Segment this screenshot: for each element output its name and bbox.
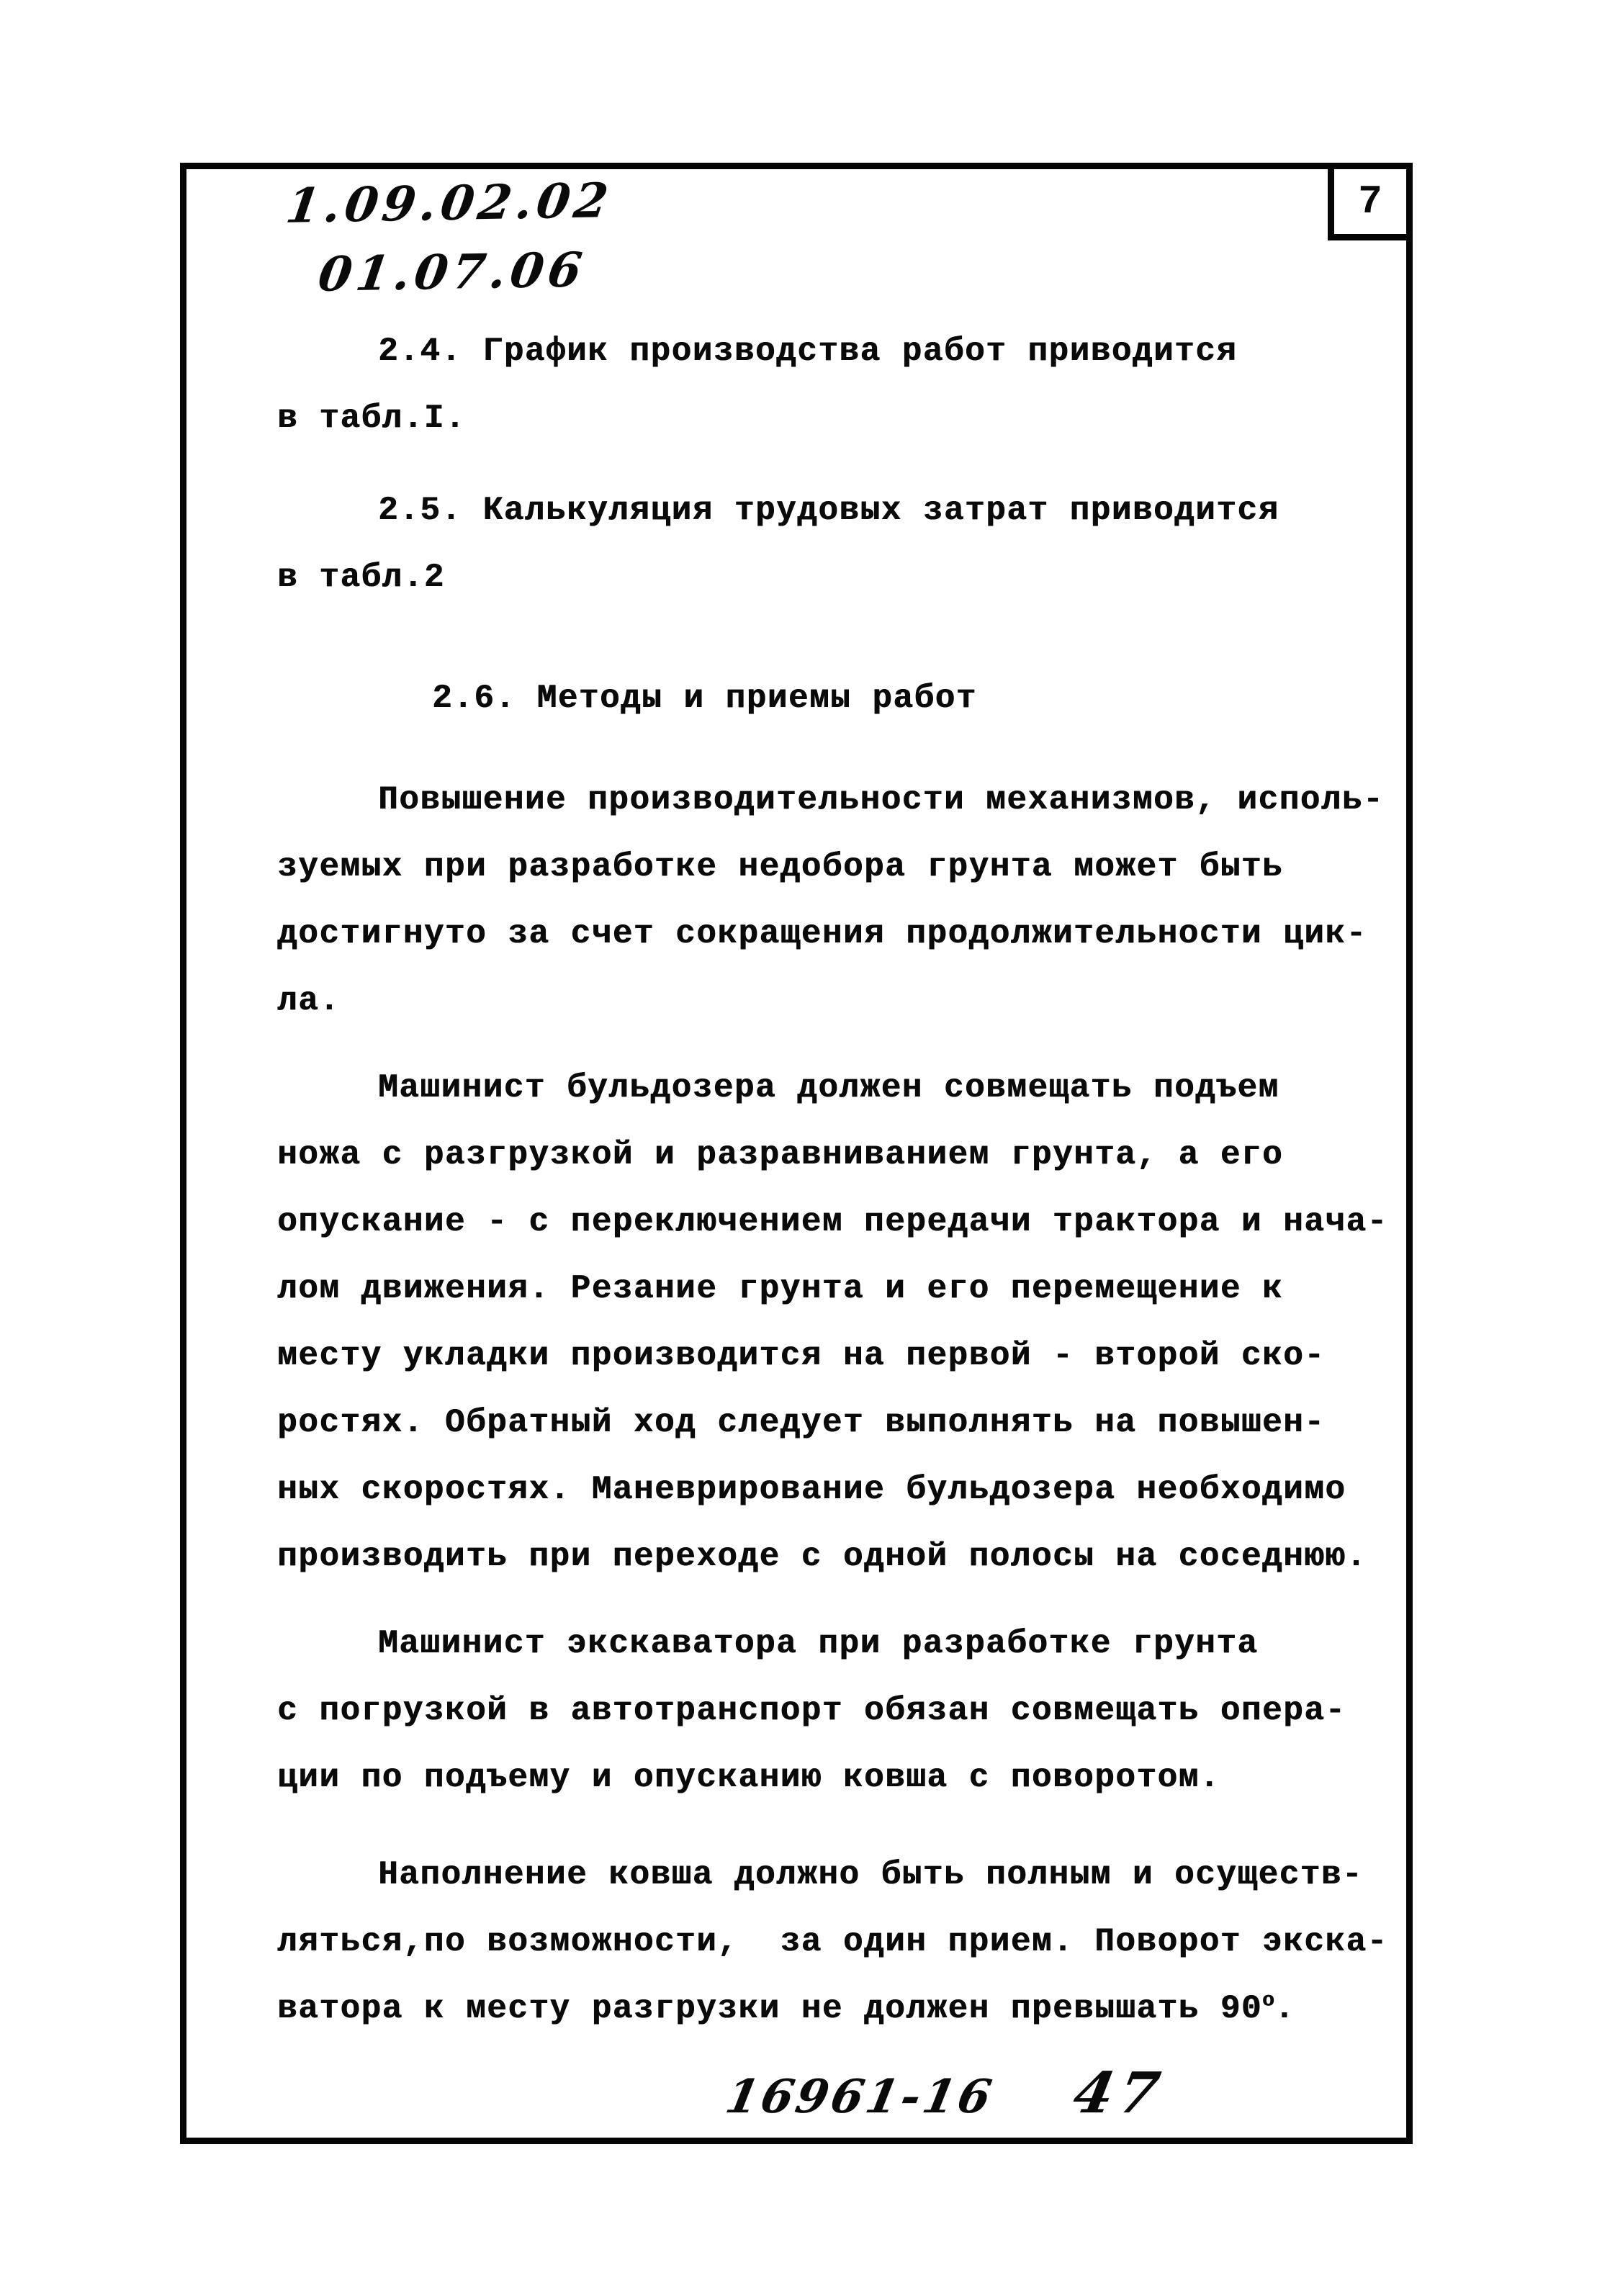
text-line: с погрузкой в автотранспорт обязан совме… xyxy=(277,1678,1429,1744)
footer-code: 16961-16 xyxy=(721,2070,999,2124)
text-line: 2.5. Калькуляция трудовых затрат приводи… xyxy=(277,477,1429,544)
section-heading: 2.6. Методы и приемы работ xyxy=(277,665,1429,732)
text-line: ростях. Обратный ход следует выполнять н… xyxy=(277,1390,1429,1457)
header-code-line-1: 1.09.02.02 xyxy=(282,166,616,240)
text-line: опускание - с переключением передачи тра… xyxy=(277,1189,1429,1256)
header-code-line-2: 01.07.06 xyxy=(272,235,607,310)
text-line: ных скоростях. Маневрирование бульдозера… xyxy=(277,1457,1429,1523)
text-line: Машинист бульдозера должен совмещать под… xyxy=(277,1055,1429,1122)
footer-page-count: 47 xyxy=(1068,2061,1170,2126)
handwritten-footer: 16961-16 47 xyxy=(721,2061,1171,2126)
text-line: Повышение производительности механизмов,… xyxy=(277,767,1429,834)
page-number: 7 xyxy=(1358,179,1382,225)
text-line: ножа с разгрузкой и разравниванием грунт… xyxy=(277,1122,1429,1189)
text-line: ватора к месту разгрузки не должен превы… xyxy=(277,1976,1429,2043)
text-line: Машинист экскаватора при разработке грун… xyxy=(277,1611,1429,1678)
text-line: ции по подъему и опусканию ковша с повор… xyxy=(277,1744,1429,1811)
text-line: в табл.2 xyxy=(277,544,1429,611)
text-line: достигнуто за счет сокращения продолжите… xyxy=(277,901,1429,968)
last-line-text: ватора к месту разгрузки не должен превы… xyxy=(277,1990,1262,2027)
text-line: 2.4. График производства работ приводитс… xyxy=(277,318,1429,385)
document-body-text: 2.4. График производства работ приводитс… xyxy=(277,318,1429,2043)
text-line: производить при переходе с одной полосы … xyxy=(277,1523,1429,1590)
scanned-document-page: 7 1.09.02.02 01.07.06 2.4. График произв… xyxy=(0,0,1615,2296)
text-line: месту укладки производится на первой - в… xyxy=(277,1323,1429,1390)
last-line-period: . xyxy=(1274,1990,1295,2027)
handwritten-header-codes: 1.09.02.02 01.07.06 xyxy=(272,166,617,310)
text-line: зуемых при разработке недобора грунта мо… xyxy=(277,834,1429,901)
text-line: ла. xyxy=(277,968,1429,1035)
degree-superscript: о xyxy=(1262,1990,1274,2012)
text-line: лом движения. Резание грунта и его перем… xyxy=(277,1256,1429,1323)
page-number-box: 7 xyxy=(1328,163,1413,240)
text-line: Наполнение ковша должно быть полным и ос… xyxy=(277,1842,1429,1909)
text-line: в табл.I. xyxy=(277,385,1429,452)
text-line: ляться,по возможности, за один прием. По… xyxy=(277,1909,1429,1976)
